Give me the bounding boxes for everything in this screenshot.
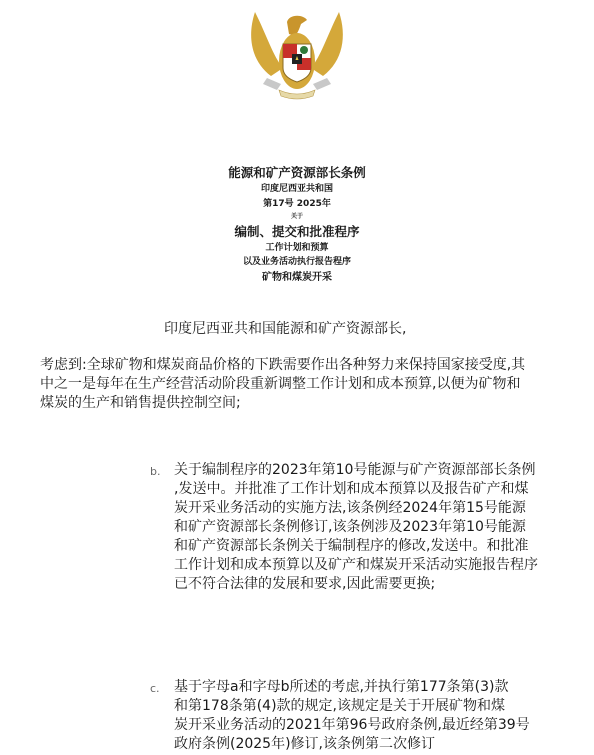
considering-paragraph: 考虑到:全球矿物和煤炭商品价格的下跌需要作出各种努力来保持国家接受度,其 中之一… [40,356,560,413]
text-line: 基于字母a和字母b所述的考虑,并执行第177条第(3)款 [174,678,534,697]
text-line: 煤炭的生产和销售提供控制空间; [40,394,560,413]
text-line: 炭开采业务活动的实施方法,该条例经2024年第15号能源 [174,499,534,518]
text-line: 炭开采业务活动的2021年第96号政府条例,最近经第39号 [174,716,534,735]
list-item-b: 关于编制程序的2023年第10号能源与矿产资源部部长条例 ,发送中。并批准了工作… [174,461,534,594]
text-line: ,发送中。并批准了工作计划和成本预算以及报告矿产和煤 [174,480,534,499]
list-item-c: 基于字母a和字母b所述的考虑,并执行第177条第(3)款 和第178条第(4)款… [174,678,534,754]
text-line: 政府条例(2025年)修订,该条例第二次修订 [174,735,534,754]
subject-line-2: 工作计划和预算 [0,240,594,253]
list-marker-c: c. [150,682,160,695]
text-line: 和矿产资源部长条例修订,该条例涉及2023年第10号能源 [174,518,534,537]
text-line: 和矿产资源部长条例关于编制程序的修改,发送中。和批准 [174,537,534,556]
subject-line-4: 矿物和煤炭开采 [0,268,594,283]
text-line: 关于编制程序的2023年第10号能源与矿产资源部部长条例 [174,461,534,480]
list-marker-b: b. [150,465,160,478]
subject-main: 编制、提交和批准程序 [0,222,594,240]
regulation-title: 能源和矿产资源部长条例 [0,163,594,181]
text-line: 和第178条第(4)款的规定,该规定是关于开展矿物和煤 [174,697,534,716]
text-line: 考虑到:全球矿物和煤炭商品价格的下跌需要作出各种努力来保持国家接受度,其 [40,356,560,375]
garuda-emblem-icon [237,6,357,106]
regulation-number: 第17号 2025年 [0,196,594,209]
minister-line: 印度尼西亚共和国能源和矿产资源部长, [164,318,406,338]
subject-line-3: 以及业务活动执行报告程序 [0,254,594,267]
text-line: 已不符合法律的发展和要求,因此需要更换; [174,575,534,594]
text-line: 工作计划和成本预算以及矿产和煤炭开采活动实施报告程序 [174,556,534,575]
about-label: 关于 [0,211,594,220]
text-line: 中之一是每年在生产经营活动阶段重新调整工作计划和成本预算,以便为矿物和 [40,375,560,394]
country-name: 印度尼西亚共和国 [0,181,594,194]
